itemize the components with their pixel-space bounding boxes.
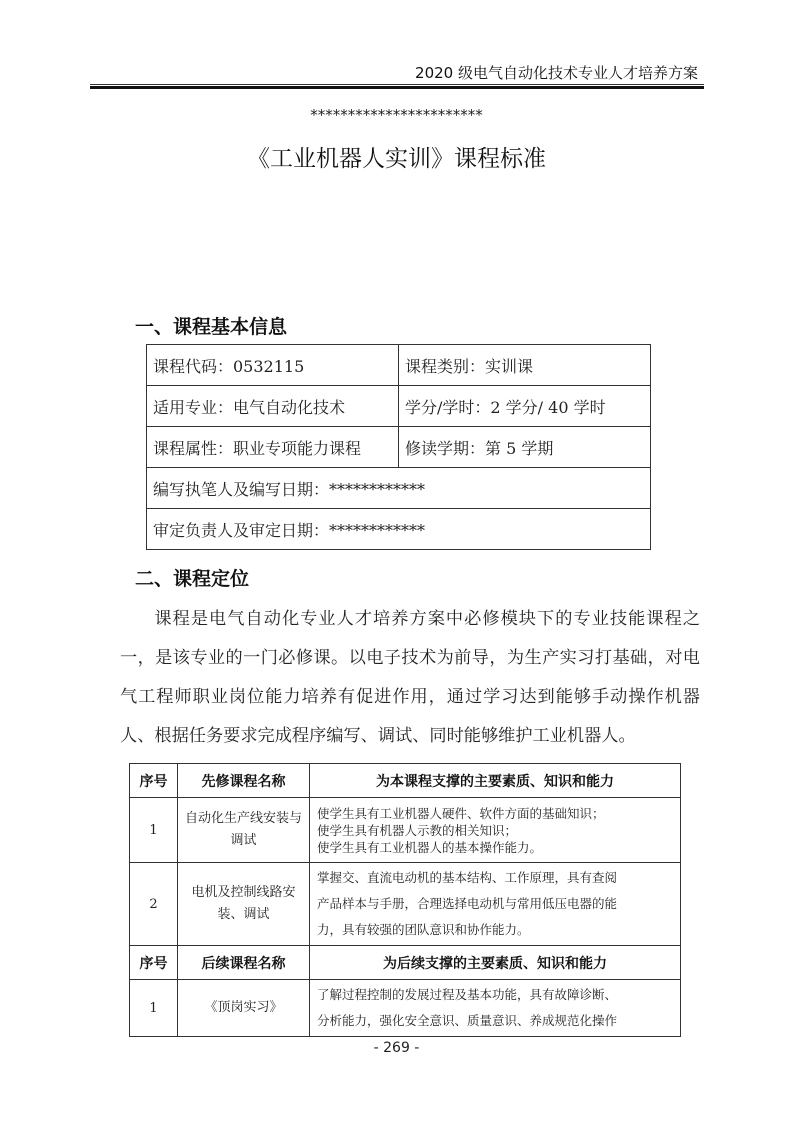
info-row: 适用专业：电气自动化技术 学分/学时：2 学分/ 40 学时 [147,386,651,427]
row-number: 2 [130,863,178,946]
info-row: 审定负责人及审定日期：************ [147,509,651,550]
column-header-followup-name: 后续课程名称 [178,946,310,980]
column-header-num: 序号 [130,764,178,798]
column-header-prereq-name: 先修课程名称 [178,764,310,798]
course-positioning-paragraph: 课程是电气自动化专业人才培养方案中必修模块下的专业技能课程之一，是该专业的一门必… [120,600,700,756]
row-number: 1 [130,798,178,863]
table-row: 1 自动化生产线安装与调试 使学生具有工业机器人硬件、软件方面的基础知识； 使学… [130,798,681,863]
info-row: 课程代码：0532115 课程类别：实训课 [147,345,651,386]
desc-line: 产品样本与手册，合理选择电动机与常用低压电器的能 [317,891,673,917]
desc-line: 力，具有较强的团队意识和协作能力。 [317,917,673,943]
related-courses-table: 序号 先修课程名称 为本课程支撑的主要素质、知识和能力 1 自动化生产线安装与调… [129,763,681,1037]
row-number: 1 [130,980,178,1037]
course-basic-info-table: 课程代码：0532115 课程类别：实训课 适用专业：电气自动化技术 学分/学时… [146,344,651,550]
desc-line: 使学生具有工业机器人的基本操作能力。 [317,839,673,856]
header-double-rule [90,84,704,89]
table-row: 2 电机及控制线路安装、调试 掌握交、直流电动机的基本结构、工作原理，具有查阅 … [130,863,681,946]
prereq-header-row: 序号 先修课程名称 为本课程支撑的主要素质、知识和能力 [130,764,681,798]
course-name: 自动化生产线安装与调试 [178,798,310,863]
column-header-num: 序号 [130,946,178,980]
desc-line: 使学生具有工业机器人硬件、软件方面的基础知识； [317,805,673,822]
page-number: - 269 - [0,1040,793,1056]
course-code-cell: 课程代码：0532115 [147,345,399,386]
desc-line: 了解过程控制的发展过程及基本功能，具有故障诊断、 [317,982,673,1008]
column-header-prereq-desc: 为本课程支撑的主要素质、知识和能力 [310,764,681,798]
semester-cell: 修读学期：第 5 学期 [399,427,651,468]
credits-hours-cell: 学分/学时：2 学分/ 40 学时 [399,386,651,427]
section-heading-course-positioning: 二、课程定位 [135,564,249,591]
table-row: 1 《顶岗实习》 了解过程控制的发展过程及基本功能，具有故障诊断、 分析能力，强… [130,980,681,1037]
course-support-desc: 了解过程控制的发展过程及基本功能，具有故障诊断、 分析能力，强化安全意识、质量意… [310,980,681,1037]
course-name: 《顶岗实习》 [178,980,310,1037]
desc-line: 分析能力，强化安全意识、质量意识、养成规范化操作 [317,1008,673,1034]
course-category-cell: 课程类别：实训课 [399,345,651,386]
info-row: 编写执笔人及编写日期：************ [147,468,651,509]
document-title: 《工业机器人实训》课程标准 [0,140,793,173]
desc-line: 掌握交、直流电动机的基本结构、工作原理，具有查阅 [317,865,673,891]
running-header-title: 2020 级电气自动化技术专业人才培养方案 [415,62,698,83]
column-header-followup-desc: 为后续支撑的主要素质、知识和能力 [310,946,681,980]
course-attribute-cell: 课程属性：职业专项能力课程 [147,427,399,468]
course-name: 电机及控制线路安装、调试 [178,863,310,946]
applicable-major-cell: 适用专业：电气自动化技术 [147,386,399,427]
course-support-desc: 使学生具有工业机器人硬件、软件方面的基础知识； 使学生具有机器人示教的相关知识；… [310,798,681,863]
author-date-cell: 编写执笔人及编写日期：************ [147,468,651,509]
reviewer-date-cell: 审定负责人及审定日期：************ [147,509,651,550]
followup-header-row: 序号 后续课程名称 为后续支撑的主要素质、知识和能力 [130,946,681,980]
info-row: 课程属性：职业专项能力课程 修读学期：第 5 学期 [147,427,651,468]
course-support-desc: 掌握交、直流电动机的基本结构、工作原理，具有查阅 产品样本与手册，合理选择电动机… [310,863,681,946]
section-heading-basic-info: 一、课程基本信息 [135,312,287,339]
redacted-stars-line: *********************** [0,106,793,124]
desc-line: 使学生具有机器人示教的相关知识； [317,822,673,839]
